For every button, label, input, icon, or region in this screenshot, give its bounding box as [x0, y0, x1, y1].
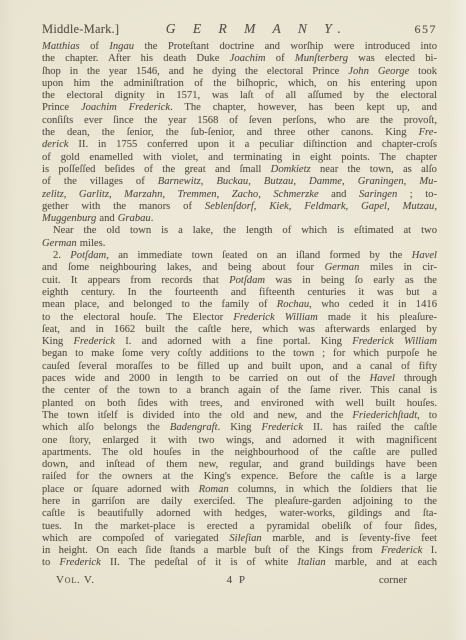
- text-line: paces wide and 2000 in length to be carr…: [42, 373, 437, 385]
- text-line: of gold enamelled with violet, and termi…: [42, 152, 437, 164]
- text-line: upon him the adminiſtration of the biſho…: [42, 78, 437, 90]
- text-line: is poſſeſſed beſides of the great and ſm…: [42, 164, 437, 176]
- text-line: caſtle is beautifully adorned with hedge…: [42, 508, 437, 520]
- text-line: derick II. in 1755 conferred upon it a p…: [42, 139, 437, 151]
- text-line: to Frederick II. The pedeſtal of it is o…: [42, 557, 437, 569]
- catchword: corner: [379, 574, 407, 586]
- text-line: in height. On each ſide ſtands a marble …: [42, 545, 437, 557]
- page-number: 657: [415, 22, 438, 37]
- text-line: gether with the manors of Seblenſdorf, K…: [42, 201, 437, 213]
- text-line: place or ſquare adorned with Roman colum…: [42, 484, 437, 496]
- text-line: Muggenburg and Grabau.: [42, 213, 437, 225]
- text-line: Near the old town is a lake, the length …: [42, 225, 437, 237]
- text-line: ſeat, and in 1662 built the caſtle here,…: [42, 324, 437, 336]
- signature-mark: 4 P: [95, 574, 379, 586]
- text-line: conſiſts ever ſince the year 1568 of ſev…: [42, 115, 437, 127]
- text-line: raiſed for the owners at the King's expe…: [42, 471, 437, 483]
- running-title-section: Middle-Mark.]: [42, 22, 119, 37]
- text-line: planted on both ſides with trees, and en…: [42, 398, 437, 410]
- page-text: Matthias of Ingau the Proteſtant doctrin…: [42, 41, 437, 570]
- text-line: ſhop in the year 1546, and he dying the …: [42, 66, 437, 78]
- volume-label: Vol. V.: [56, 574, 95, 586]
- text-line: began to make ſome very coſtly additions…: [42, 348, 437, 360]
- text-line: apartments. The old houſes in the neighb…: [42, 447, 437, 459]
- text-line: cauſed ſeveral moraſſes to be filled up …: [42, 361, 437, 373]
- text-line: 2. Potſdam, an immediate town ſeated on …: [42, 250, 437, 262]
- text-line: Matthias of Ingau the Proteſtant doctrin…: [42, 41, 437, 53]
- text-line: the chapter. After his death Duke Joachi…: [42, 53, 437, 65]
- text-line: Prince Joachim Frederick. The chapter, h…: [42, 102, 437, 114]
- book-page: Middle-Mark.] G E R M A N Y. 657 Matthia…: [0, 0, 466, 640]
- text-line: which alſo belongs the Badengraft. King …: [42, 422, 437, 434]
- page-header: Middle-Mark.] G E R M A N Y. 657: [42, 21, 437, 37]
- text-line: down, and inſtead of them new, regular, …: [42, 459, 437, 471]
- text-line: one ſtory, enlarged it with two wings, a…: [42, 435, 437, 447]
- text-line: The town itſelf is divided into the old …: [42, 410, 437, 422]
- text-line: to the electoral houſe. The Elector Fred…: [42, 312, 437, 324]
- text-line: zelitz, Garlitz, Marzahn, Tremmen, Zacho…: [42, 189, 437, 201]
- text-line: mean place, and belonged to the family o…: [42, 299, 437, 311]
- text-line: here in garriſon are daily exerciſed. Th…: [42, 496, 437, 508]
- text-line: which are compoſed of variegated Sileſia…: [42, 533, 437, 545]
- text-line: the center of the town to a branch again…: [42, 385, 437, 397]
- text-line: and ſome neighbouring lakes, and being a…: [42, 262, 437, 274]
- text-line: King Frederick I. and adorned with a fin…: [42, 336, 437, 348]
- text-line: the electoral dignity in 1571, was laſt …: [42, 90, 437, 102]
- running-title: G E R M A N Y.: [109, 21, 404, 37]
- text-line: tues. In the market-place is erected a p…: [42, 521, 437, 533]
- text-line: cuit. It appears from records that Potſd…: [42, 275, 437, 287]
- text-line: German miles.: [42, 238, 437, 250]
- page-footer: Vol. V. 4 P corner: [42, 574, 437, 586]
- text-line: of the villages of Barnewitz, Buckau, Bu…: [42, 176, 437, 188]
- text-line: the dean, the ſenior, the ſub-ſenior, an…: [42, 127, 437, 139]
- text-line: eighth century. In the fourteenth and fi…: [42, 287, 437, 299]
